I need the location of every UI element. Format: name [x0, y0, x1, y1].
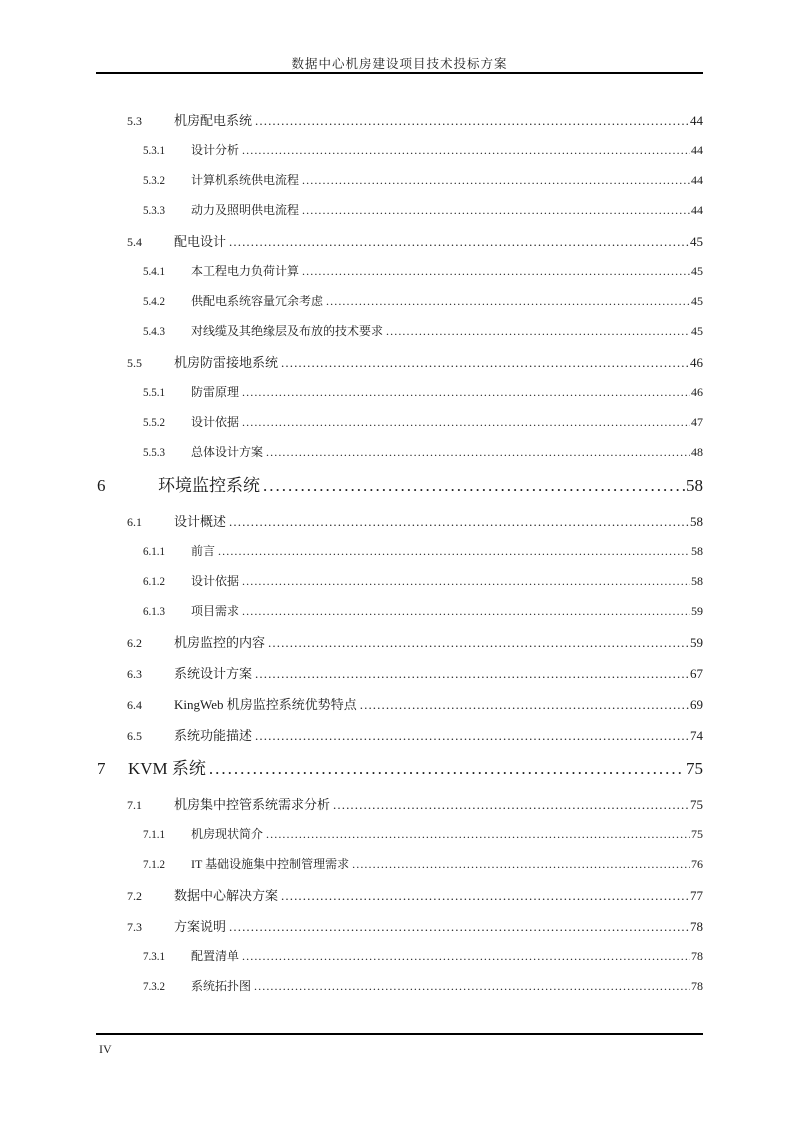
toc-entry-title: 本工程电力负荷计算	[191, 264, 299, 278]
toc-entry-page: 69	[690, 696, 703, 713]
toc-leader-dots	[242, 385, 690, 399]
toc-entry-page: 58	[691, 544, 703, 558]
toc-entry-number: 5.3.2	[143, 174, 191, 188]
toc-row: 6.1.3项目需求59	[97, 604, 703, 618]
toc-entry-title: 配置清单	[191, 949, 239, 963]
toc-leader-dots	[326, 294, 690, 308]
toc-entry-number: 6.1.3	[143, 605, 191, 619]
toc-entry-page: 75	[686, 758, 703, 780]
toc-entry-page: 58	[690, 513, 703, 530]
toc-row: 6环境监控系统58	[97, 475, 703, 497]
toc-row: 7.3.2系统拓扑图78	[97, 979, 703, 993]
toc-entry-title: 机房配电系统	[174, 112, 252, 129]
toc-row: 7.1机房集中控管系统需求分析75	[97, 796, 703, 813]
toc-entry-number: 5.5.1	[143, 386, 191, 400]
toc-row: 5.3.2计算机系统供电流程44	[97, 173, 703, 187]
toc-leader-dots	[263, 475, 685, 497]
toc-row: 7.3方案说明78	[97, 918, 703, 935]
toc-entry-title: 项目需求	[191, 604, 239, 618]
toc-leader-dots	[242, 415, 690, 429]
toc-entry-number: 6.2	[127, 635, 174, 652]
toc-entry-title: 配电设计	[174, 233, 226, 250]
toc-entry-page: 44	[691, 173, 703, 187]
toc-leader-dots	[333, 796, 689, 813]
toc-entry-page: 45	[691, 324, 703, 338]
toc-leader-dots	[302, 203, 690, 217]
toc-entry-number: 7.3.1	[143, 950, 191, 964]
toc-entry-number: 6.1	[127, 514, 174, 531]
toc-entry-title: 环境监控系统	[158, 475, 260, 497]
toc-entry-page: 77	[690, 887, 703, 904]
toc-leader-dots	[229, 233, 689, 250]
toc-entry-number: 5.5.3	[143, 446, 191, 460]
toc-row: 6.3系统设计方案67	[97, 665, 703, 682]
toc-leader-dots	[302, 264, 690, 278]
toc-entry-page: 45	[690, 233, 703, 250]
footer-rule	[96, 1033, 703, 1035]
toc-row: 5.5机房防雷接地系统46	[97, 354, 703, 371]
toc-leader-dots	[255, 665, 689, 682]
toc-leader-dots	[229, 918, 689, 935]
toc-entry-number: 5.4.3	[143, 325, 191, 339]
toc-entry-page: 75	[691, 827, 703, 841]
toc-leader-dots	[360, 696, 689, 713]
toc-row: 5.4.3对线缆及其绝缘层及布放的技术要求45	[97, 324, 703, 338]
toc-entry-number: 7	[97, 758, 128, 780]
toc-entry-title: 防雷原理	[191, 385, 239, 399]
toc-leader-dots	[255, 112, 689, 129]
toc-entry-page: 74	[690, 727, 703, 744]
toc-entry-number: 5.4	[127, 234, 174, 251]
toc-leader-dots	[255, 727, 689, 744]
toc-entry-title: 动力及照明供电流程	[191, 203, 299, 217]
toc-entry-page: 46	[691, 385, 703, 399]
toc-entry-title: 系统设计方案	[174, 665, 252, 682]
toc-entry-title: 供配电系统容量冗余考虑	[191, 294, 323, 308]
toc-entry-number: 7.3	[127, 919, 174, 936]
toc-row: 6.5系统功能描述74	[97, 727, 703, 744]
toc-row: 7.1.1机房现状简介75	[97, 827, 703, 841]
toc-entry-title: KingWeb 机房监控系统优势特点	[174, 696, 357, 713]
toc-entry-title: 数据中心解决方案	[174, 887, 278, 904]
toc-entry-number: 5.5.2	[143, 416, 191, 430]
toc-leader-dots	[242, 574, 690, 588]
toc-row: 6.1.1前言58	[97, 544, 703, 558]
toc-entry-page: 75	[690, 796, 703, 813]
toc-entry-page: 45	[691, 294, 703, 308]
toc-entry-title: 机房监控的内容	[174, 634, 265, 651]
toc-entry-page: 78	[691, 979, 703, 993]
toc-entry-number: 7.1	[127, 797, 174, 814]
toc-entry-number: 7.1.1	[143, 828, 191, 842]
toc-entry-page: 58	[691, 574, 703, 588]
toc-entry-number: 7.3.2	[143, 980, 191, 994]
toc-leader-dots	[281, 354, 689, 371]
toc-leader-dots	[242, 143, 690, 157]
toc-row: 5.3.1设计分析44	[97, 143, 703, 157]
toc-entry-number: 6.1.1	[143, 545, 191, 559]
toc-entry-page: 78	[691, 949, 703, 963]
toc-leader-dots	[242, 604, 690, 618]
toc-leader-dots	[281, 887, 689, 904]
toc-entry-page: 47	[691, 415, 703, 429]
toc-entry-number: 5.4.2	[143, 295, 191, 309]
toc-entry-title: 计算机系统供电流程	[191, 173, 299, 187]
toc-row: 5.4.2供配电系统容量冗余考虑45	[97, 294, 703, 308]
toc-entry-page: 44	[690, 112, 703, 129]
toc-entry-page: 67	[690, 665, 703, 682]
toc-entry-number: 5.3.3	[143, 204, 191, 218]
toc-entry-title: IT 基础设施集中控制管理需求	[191, 857, 349, 871]
toc-entry-page: 46	[690, 354, 703, 371]
header-title: 数据中心机房建设项目技术投标方案	[96, 54, 703, 72]
toc-entry-number: 5.4.1	[143, 265, 191, 279]
toc-entry-title: 机房防雷接地系统	[174, 354, 278, 371]
toc-leader-dots	[218, 544, 690, 558]
toc-entry-title: 机房集中控管系统需求分析	[174, 796, 330, 813]
toc-leader-dots	[209, 758, 685, 780]
toc-entry-title: 系统拓扑图	[191, 979, 251, 993]
toc-entry-title: KVM 系统	[128, 758, 206, 780]
toc-row: 5.5.3总体设计方案48	[97, 445, 703, 459]
toc-entry-number: 5.5	[127, 355, 174, 372]
toc-entry-title: 设计分析	[191, 143, 239, 157]
toc-entry-page: 48	[691, 445, 703, 459]
toc-leader-dots	[242, 949, 690, 963]
toc-entry-page: 76	[691, 857, 703, 871]
toc-entry-number: 7.1.2	[143, 858, 191, 872]
toc-row: 5.5.2设计依据47	[97, 415, 703, 429]
toc-entry-page: 44	[691, 143, 703, 157]
toc-entry-page: 78	[690, 918, 703, 935]
toc-entry-title: 总体设计方案	[191, 445, 263, 459]
toc-leader-dots	[352, 857, 690, 871]
toc-row: 7KVM 系统75	[97, 758, 703, 780]
toc-row: 5.3机房配电系统44	[97, 112, 703, 129]
header-rule	[96, 72, 703, 74]
toc-entry-number: 5.3.1	[143, 144, 191, 158]
toc-entry-title: 机房现状简介	[191, 827, 263, 841]
toc-leader-dots	[229, 513, 689, 530]
toc-entry-title: 前言	[191, 544, 215, 558]
toc-row: 5.3.3动力及照明供电流程44	[97, 203, 703, 217]
toc-entry-number: 6.1.2	[143, 575, 191, 589]
toc-leader-dots	[266, 445, 690, 459]
toc-row: 5.4配电设计45	[97, 233, 703, 250]
document-page: 数据中心机房建设项目技术投标方案 5.3机房配电系统445.3.1设计分析445…	[0, 0, 793, 1122]
toc-row: 6.1.2设计依据58	[97, 574, 703, 588]
footer-page-number: IV	[99, 1042, 112, 1057]
toc-row: 7.3.1配置清单78	[97, 949, 703, 963]
toc-entry-page: 59	[690, 634, 703, 651]
toc-entry-page: 44	[691, 203, 703, 217]
toc-row: 5.5.1防雷原理46	[97, 385, 703, 399]
toc-leader-dots	[266, 827, 690, 841]
toc-entry-title: 方案说明	[174, 918, 226, 935]
toc-entry-title: 设计依据	[191, 574, 239, 588]
toc-entry-number: 6	[97, 475, 158, 497]
toc-row: 5.4.1本工程电力负荷计算45	[97, 264, 703, 278]
toc-entry-title: 系统功能描述	[174, 727, 252, 744]
toc-entry-page: 45	[691, 264, 703, 278]
toc-entry-title: 设计依据	[191, 415, 239, 429]
toc-leader-dots	[268, 634, 689, 651]
toc-leader-dots	[254, 979, 690, 993]
toc-entry-number: 6.3	[127, 666, 174, 683]
toc-entry-number: 6.4	[127, 697, 174, 714]
toc-entry-title: 设计概述	[174, 513, 226, 530]
toc-row: 6.4KingWeb 机房监控系统优势特点69	[97, 696, 703, 713]
toc-entry-title: 对线缆及其绝缘层及布放的技术要求	[191, 324, 383, 338]
toc-entry-page: 59	[691, 604, 703, 618]
toc-entry-number: 7.2	[127, 888, 174, 905]
toc-leader-dots	[386, 324, 690, 338]
toc-entry-number: 5.3	[127, 113, 174, 130]
toc-leader-dots	[302, 173, 690, 187]
toc-row: 7.2数据中心解决方案77	[97, 887, 703, 904]
toc-entry-page: 58	[686, 475, 703, 497]
toc-entry-number: 6.5	[127, 728, 174, 745]
toc-row: 7.1.2IT 基础设施集中控制管理需求76	[97, 857, 703, 871]
table-of-contents: 5.3机房配电系统445.3.1设计分析445.3.2计算机系统供电流程445.…	[97, 112, 703, 1009]
toc-row: 6.2机房监控的内容59	[97, 634, 703, 651]
toc-row: 6.1设计概述58	[97, 513, 703, 530]
